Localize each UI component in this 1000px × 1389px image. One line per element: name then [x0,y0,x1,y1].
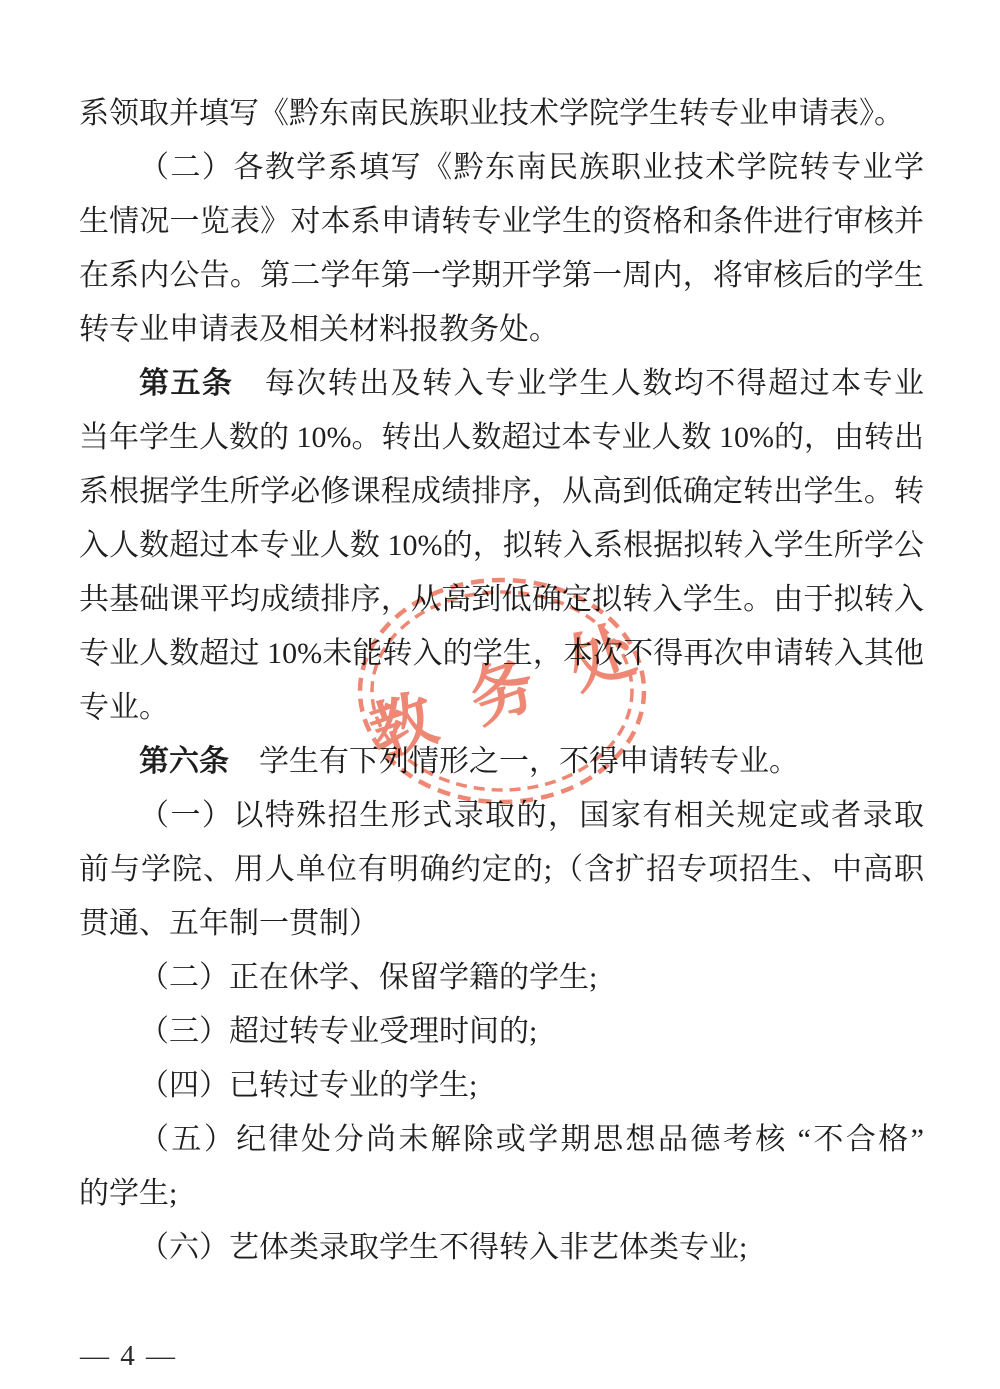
text-line: 系根据学生所学必修课程成绩排序，从高到低确定转出学生。转 [79,465,924,519]
text-line: 的学生; [79,1167,924,1221]
line-text: 系领取并填写《黔东南民族职业技术学院学生转专业申请表》。 [79,97,904,130]
line-text: （五）纪律处分尚未解除或学期思想品德考核 “不合格” [139,1123,924,1156]
text-line: 专业。 [79,681,924,735]
line-text: （六）艺体类录取学生不得转入非艺体类专业; [139,1231,747,1264]
text-line: 入人数超过本专业人数 10%的，拟转入系根据拟转入学生所学公 [79,519,924,573]
text-line: （四）已转过专业的学生; [79,1059,924,1113]
article-number-bold: 第五条 [139,367,233,400]
text-line: 第六条 学生有下列情形之一，不得申请转专业。 [79,735,924,789]
text-line: 贯通、五年制一贯制） [79,897,924,951]
line-text: 转专业申请表及相关材料报教务处。 [79,313,559,346]
text-line: （六）艺体类录取学生不得转入非艺体类专业; [79,1221,924,1275]
line-text: 在系内公告。第二学年第一学期开学第一周内，将审核后的学生 [79,259,924,292]
line-text: （二）各教学系填写《黔东南民族职业技术学院转专业学 [139,151,924,184]
text-line: （二）正在休学、保留学籍的学生; [79,951,924,1005]
text-line: 当年学生人数的 10%。转出人数超过本专业人数 10%的，由转出 [79,411,924,465]
line-text: （四）已转过专业的学生; [139,1069,477,1102]
text-line: 前与学院、用人单位有明确约定的;（含扩招专项招生、中高职 [79,843,924,897]
text-line: 专业人数超过 10%未能转入的学生，本次不得再次申请转入其他 [79,627,924,681]
text-line: （二）各教学系填写《黔东南民族职业技术学院转专业学 [79,141,924,195]
line-text: （三）超过转专业受理时间的; [139,1015,537,1048]
text-line: 在系内公告。第二学年第一学期开学第一周内，将审核后的学生 [79,249,924,303]
line-text: 学生有下列情形之一，不得申请转专业。 [229,745,799,778]
line-text: （一）以特殊招生形式录取的，国家有相关规定或者录取 [139,799,924,832]
line-text: 专业。 [79,691,169,724]
article-number-bold: 第六条 [139,745,229,778]
text-line: （一）以特殊招生形式录取的，国家有相关规定或者录取 [79,789,924,843]
text-line: （三）超过转专业受理时间的; [79,1005,924,1059]
line-text: （二）正在休学、保留学籍的学生; [139,961,597,994]
text-line: 生情况一览表》对本系申请转专业学生的资格和条件进行审核并 [79,195,924,249]
line-text: 入人数超过本专业人数 10%的，拟转入系根据拟转入学生所学公 [79,529,924,562]
line-text: 前与学院、用人单位有明确约定的;（含扩招专项招生、中高职 [79,853,924,886]
document-page: 系领取并填写《黔东南民族职业技术学院学生转专业申请表》。 （二）各教学系填写《黔… [0,0,1000,1389]
text-line: 共基础课平均成绩排序，从高到低确定拟转入学生。由于拟转入 [79,573,924,627]
line-text: 贯通、五年制一贯制） [79,907,379,940]
line-text: 生情况一览表》对本系申请转专业学生的资格和条件进行审核并 [79,205,924,238]
line-text: 的学生; [79,1177,177,1210]
line-text: 专业人数超过 10%未能转入的学生，本次不得再次申请转入其他 [79,637,924,670]
text-line: 系领取并填写《黔东南民族职业技术学院学生转专业申请表》。 [79,87,924,141]
document-text: 系领取并填写《黔东南民族职业技术学院学生转专业申请表》。 （二）各教学系填写《黔… [79,87,924,1275]
text-line: 第五条 每次转出及转入专业学生人数均不得超过本专业 [79,357,924,411]
line-text: 当年学生人数的 10%。转出人数超过本专业人数 10%的，由转出 [79,421,924,454]
text-line: 转专业申请表及相关材料报教务处。 [79,303,924,357]
line-text: 每次转出及转入专业学生人数均不得超过本专业 [233,367,924,400]
text-line: （五）纪律处分尚未解除或学期思想品德考核 “不合格” [79,1113,924,1167]
line-text: 系根据学生所学必修课程成绩排序，从高到低确定转出学生。转 [79,475,924,508]
line-text: 共基础课平均成绩排序，从高到低确定拟转入学生。由于拟转入 [79,583,924,616]
page-number: — 4 — [80,1340,177,1373]
